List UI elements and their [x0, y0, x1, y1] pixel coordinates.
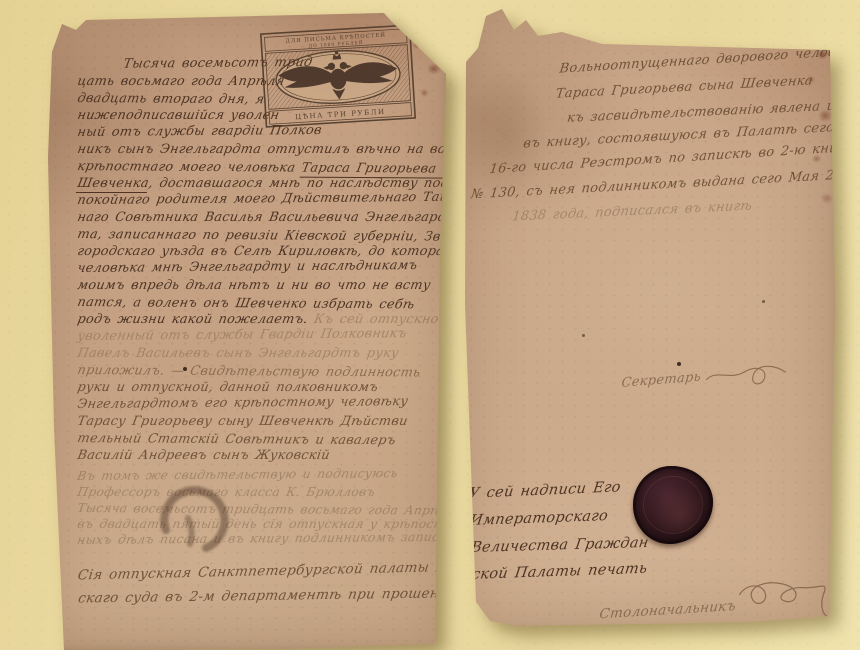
signature-flourish-icon	[737, 574, 844, 635]
ink-smudge-arc	[148, 478, 240, 566]
manuscript-line: наго Совѣтника Василья Васильевича Энгел…	[76, 209, 439, 226]
clerk-label: Столоначальникъ	[599, 598, 737, 622]
manuscript-line: Павелъ Васильевъ сынъ Энгельгардтъ руку	[76, 345, 439, 362]
manuscript-line: никъ сынъ Энгельгардта отпустилъ вѣчно н…	[76, 141, 439, 158]
manuscript-line: Въ томъ же свидѣтельствую и подписуюсь	[76, 465, 439, 484]
seal-caption-text: У сей надписи Его Императорскаго Величес…	[466, 475, 640, 589]
manuscript-line: цать восьмаго года Апрѣля	[76, 73, 439, 90]
ink-fleck	[677, 362, 681, 366]
court-endorsement-text: Вольноотпущеннаго дворового человѣка Тар…	[462, 45, 832, 232]
photograph-of-manumission-document: { "colors": { "background": "#e9d89e", "…	[0, 0, 860, 650]
secretary-label: Секретарь	[621, 369, 702, 390]
ink-fleck	[762, 300, 765, 303]
ink-fleck	[183, 367, 187, 371]
clerk-signature: Столоначальникъ	[597, 574, 844, 643]
left-page-wrap: ДЛЯ ПИСЬМА КРѢПОСТЕЙ ДО 1000 РУБЛЕЙ ЦѢНА…	[36, 8, 448, 650]
right-page-wrap: Вольноотпущеннаго дворового человѣка Тар…	[452, 4, 838, 632]
manuscript-page-right: Вольноотпущеннаго дворового человѣка Тар…	[452, 4, 838, 632]
manuscript-line: ской Палаты печать	[470, 556, 644, 589]
closing-phrase: родъ жизни какой пожелаетъ.	[76, 312, 309, 327]
manuscript-line: покойнаго родителя моего Дѣйствительнаго…	[76, 189, 439, 209]
manuscript-line: уволенный отъ службы Гвардіи Полковникъ	[76, 325, 439, 345]
ink-smudge	[148, 478, 240, 566]
manuscript-line: Тысяча восемьсотъ трид	[76, 53, 439, 73]
manuscript-line: Профессоръ восьмаго класса К. Брюлловъ	[76, 484, 439, 500]
manuscript-line: Тарасу Григорьеву сыну Шевченкѣ Дѣйстви	[76, 413, 439, 430]
manuscript-line: человѣка мнѣ Энгельгардту и наслѣдникамъ	[76, 257, 439, 277]
manuscript-line: ныхъ дѣлъ писана и въ книгу подлинникомъ…	[76, 529, 439, 548]
manuscript-line: ный отъ службы гвардіи Полков	[76, 121, 439, 141]
manuscript-body-text: Тысяча восемьсотъ трид цать восьмаго год…	[76, 56, 436, 608]
signature-flourish-icon	[703, 358, 791, 390]
shevchenko-surname-underlined: Шевченка	[76, 176, 150, 193]
secretary-signature: Секретарь	[619, 358, 790, 396]
name-prefix: крѣпостнаго моего человѣка	[76, 159, 303, 176]
manuscript-line: скаго суда въ 2-м департаментѣ при проше…	[76, 582, 440, 610]
manuscript-page-left: ДЛЯ ПИСЬМА КРѢПОСТЕЙ ДО 1000 РУБЛЕЙ ЦѢНА…	[36, 8, 448, 650]
ink-fleck	[582, 334, 585, 337]
notary-block: Въ томъ же свидѣтельствую и подписуюсь П…	[76, 468, 436, 548]
manuscript-line: моимъ впредь дѣла нѣтъ и ни во что не вс…	[76, 277, 439, 294]
wax-seal-icon	[633, 466, 713, 544]
manuscript-line: Василій Андреевъ сынъ Жуковскій	[76, 447, 439, 464]
manuscript-line: Энгельгардтомъ его крѣпостному человѣку	[76, 393, 439, 413]
registry-note-block: Сія отпускная Санктпетербургской палаты …	[76, 559, 437, 610]
